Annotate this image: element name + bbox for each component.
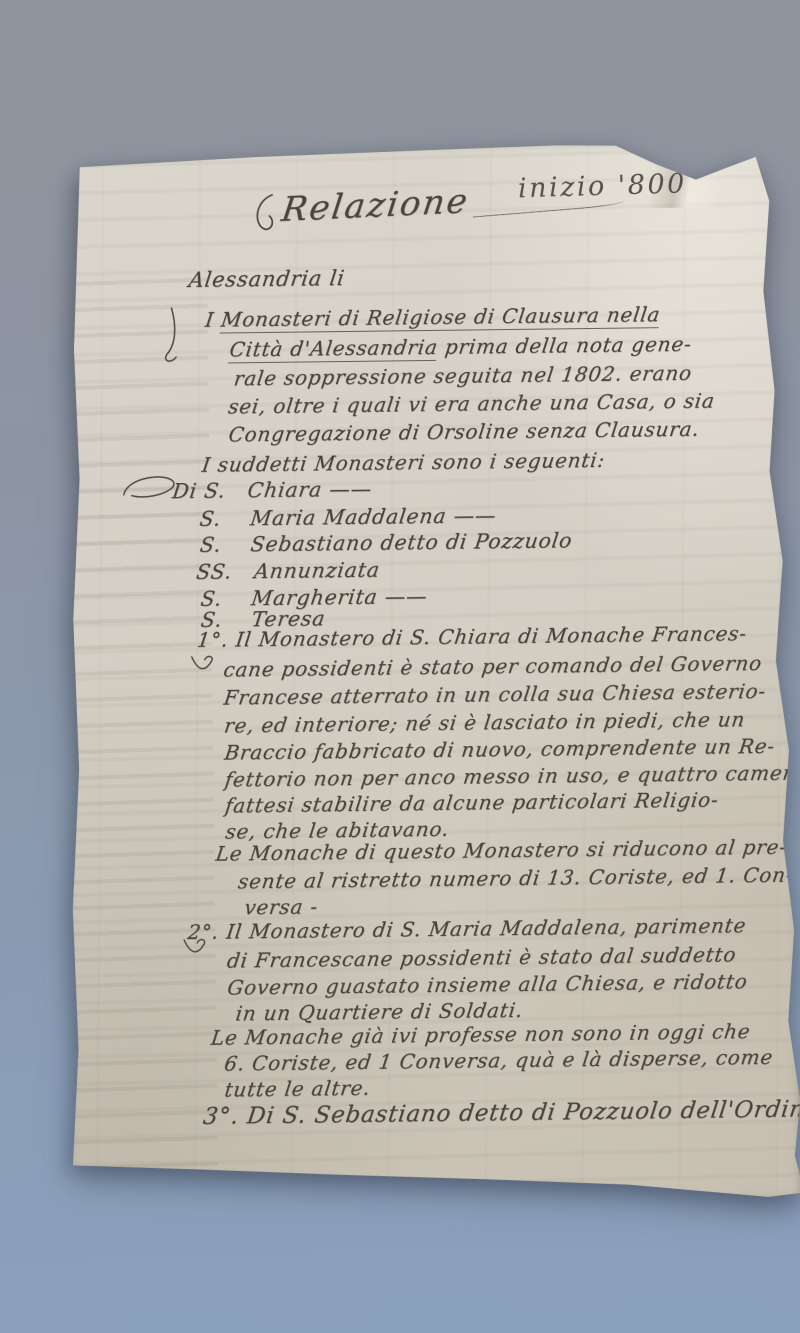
manuscript-line: 6. Coriste, ed 1 Conversa, quà e là disp…	[223, 1045, 775, 1076]
manuscript-line: Di S. Chiara ——	[171, 477, 374, 503]
manuscript-line: I Monasteri di Religiose di Clausura nel…	[204, 302, 662, 332]
pen-flourish-icon	[248, 191, 283, 243]
manuscript-line: Francese atterrato in un colla sua Chies…	[222, 679, 767, 710]
ink-bleed-left-margin	[57, 268, 218, 1212]
manuscript-line: Braccio fabbricato di nuovo, comprendent…	[223, 734, 776, 765]
manuscript-line: Governo guastato insieme alla Chiesa, e …	[226, 969, 749, 999]
manuscript-line: fattesi stabilire da alcune particolari …	[224, 787, 721, 817]
manuscript-line: di Francescane possidenti è stato dal su…	[226, 942, 738, 972]
manuscript-line: versa -	[243, 894, 320, 919]
manuscript-lines: Alessandria liI Monasteri di Religiose d…	[56, 141, 792, 150]
pen-flourish-icon	[159, 306, 184, 366]
document-title: Relazione	[279, 181, 471, 230]
manuscript-line: Congregazione di Orsoline senza Clausura…	[227, 417, 701, 447]
manuscript-line: re, ed interiore; né si è lasciato in pi…	[223, 707, 747, 737]
manuscript-line: S. Maria Maddalena ——	[198, 503, 498, 531]
pen-flourish-icon	[117, 470, 177, 505]
manuscript-paper: Relazione inizio '800 Alessandria liI Mo…	[56, 141, 800, 1212]
manuscript-line: 3°. Di S. Sebastiano detto di Pozzuolo d…	[202, 1096, 800, 1130]
manuscript-line: rale soppressione seguita nel 1802. eran…	[232, 361, 693, 391]
date-annotation: inizio '800	[518, 168, 688, 204]
pen-flourish-icon	[188, 653, 218, 677]
manuscript-line: Città d'Alessandria prima della nota gen…	[228, 332, 693, 362]
manuscript-paper-wrapper: Relazione inizio '800 Alessandria liI Mo…	[56, 141, 800, 1212]
photo-background: Relazione inizio '800 Alessandria liI Mo…	[0, 0, 800, 1333]
manuscript-line: sei, oltre i quali vi era anche una Casa…	[227, 388, 717, 418]
manuscript-line: SS. Annunziata	[195, 558, 382, 584]
manuscript-line: sente al ristretto numero di 13. Coriste…	[237, 863, 795, 894]
manuscript-line: cane possidenti è stato per comando del …	[222, 651, 764, 682]
manuscript-line: in un Quartiere di Soldati.	[234, 998, 524, 1026]
manuscript-line: Alessandria li	[187, 266, 346, 292]
manuscript-line: tutte le altre.	[223, 1076, 372, 1102]
manuscript-line: S. Sebastiano detto di Pozzuolo	[199, 528, 574, 557]
manuscript-line: I suddetti Monasteri sono i seguenti:	[201, 448, 607, 477]
